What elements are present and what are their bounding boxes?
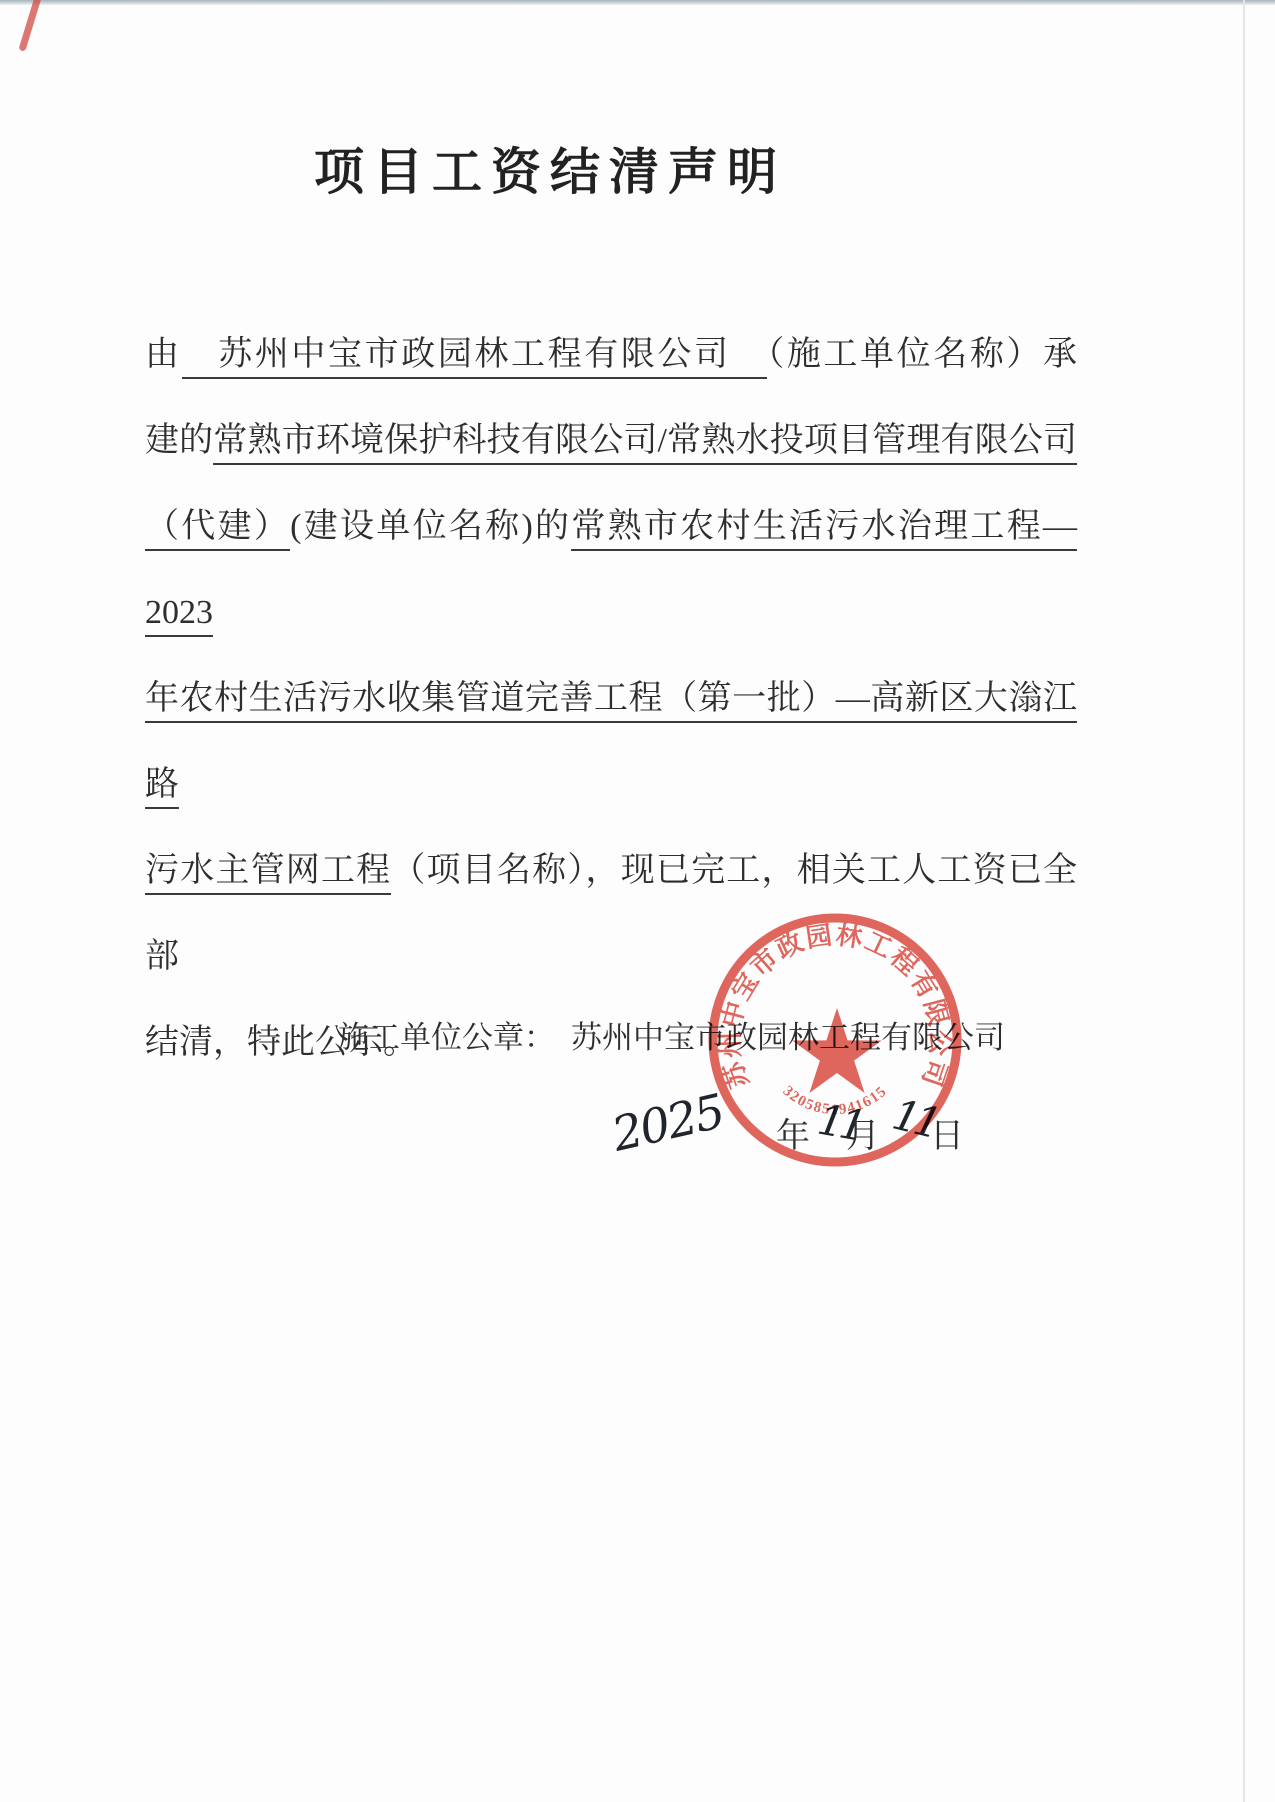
body-text: 由 xyxy=(145,336,182,373)
svg-text:3205851941615: 3205851941615 xyxy=(780,1083,891,1118)
page-title: 项目工资结清声明 xyxy=(0,132,1100,204)
body-line: （代建）(建设单位名称)的常熟市农村生活污水治理工程—2023 xyxy=(145,484,1077,656)
signature-label: 施工单位公章： xyxy=(338,1020,555,1055)
seal-number-arc-text: 3205851941615 xyxy=(780,1083,891,1118)
underlined-text: 污水主管网工程 xyxy=(145,852,391,895)
document-page: 项目工资结清声明 由 苏州中宝市政园林工程有限公司 （施工单位名称）承建的常熟市… xyxy=(0,0,1275,1802)
underlined-text xyxy=(182,336,219,379)
body-text: (建设单位名称)的 xyxy=(290,508,571,545)
body-text: （施工单位名称）承 xyxy=(767,336,1077,373)
underlined-text: 年农村生活污水收集管道完善工程（第一批）—高新区大滃江路 xyxy=(145,680,1077,809)
seal-star-icon xyxy=(792,1008,881,1093)
underlined-text: （代建） xyxy=(145,508,290,551)
scan-right-edge xyxy=(1243,0,1245,1802)
underlined-text: 常熟市环境保护科技有限公司/常熟水投项目管理有限公司 xyxy=(213,422,1077,465)
company-seal: 苏州中宝市政园林工程有限公司 3205851941615 xyxy=(690,895,980,1185)
underlined-text xyxy=(731,336,768,379)
body-line: 建的常熟市环境保护科技有限公司/常熟水投项目管理有限公司 xyxy=(145,398,1077,484)
underlined-text: 苏州中宝市政园林工程有限公司 xyxy=(218,336,730,379)
body-line: 年农村生活污水收集管道完善工程（第一批）—高新区大滃江路 xyxy=(145,656,1077,828)
red-pen-mark xyxy=(18,0,42,52)
body-text: 建的 xyxy=(145,422,213,459)
body-line: 由 苏州中宝市政园林工程有限公司 （施工单位名称）承 xyxy=(145,312,1077,398)
scan-top-edge xyxy=(0,0,1275,5)
